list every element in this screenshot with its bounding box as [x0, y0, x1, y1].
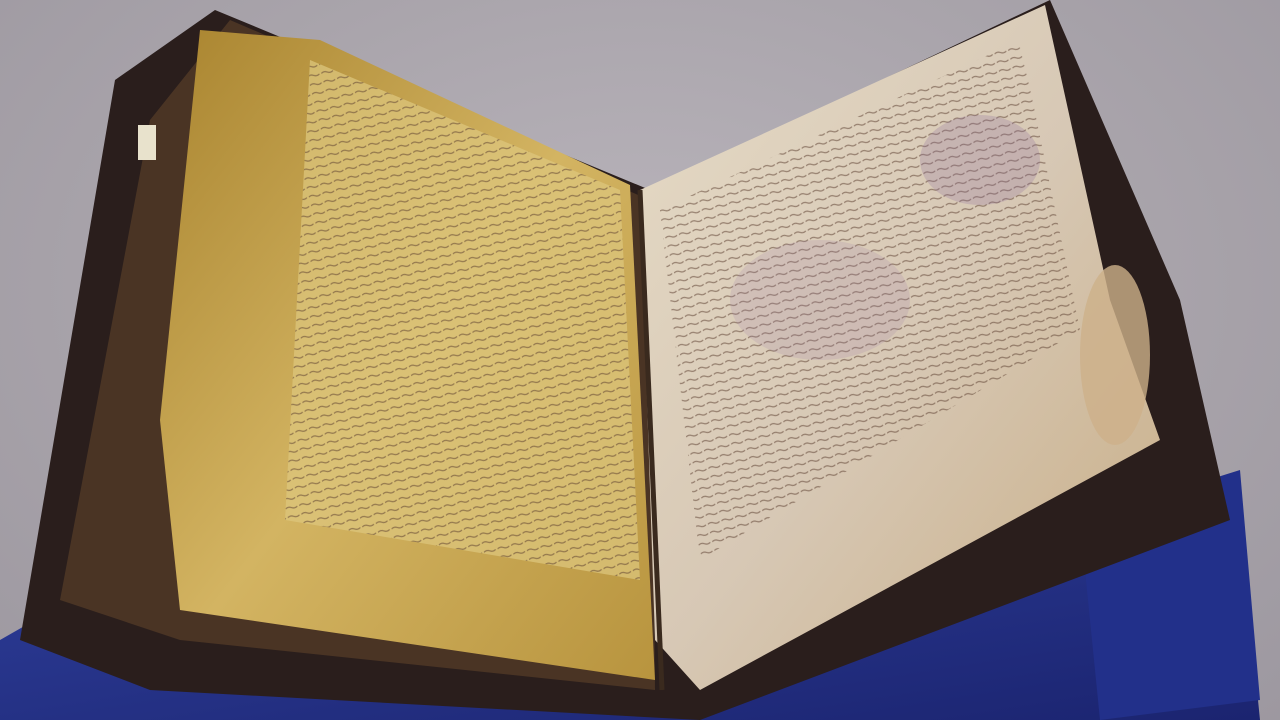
manuscript-illustration: [0, 0, 1280, 720]
left-page: [160, 30, 655, 680]
photo-scene: [0, 0, 1280, 720]
bookmark-tab: [138, 125, 156, 160]
